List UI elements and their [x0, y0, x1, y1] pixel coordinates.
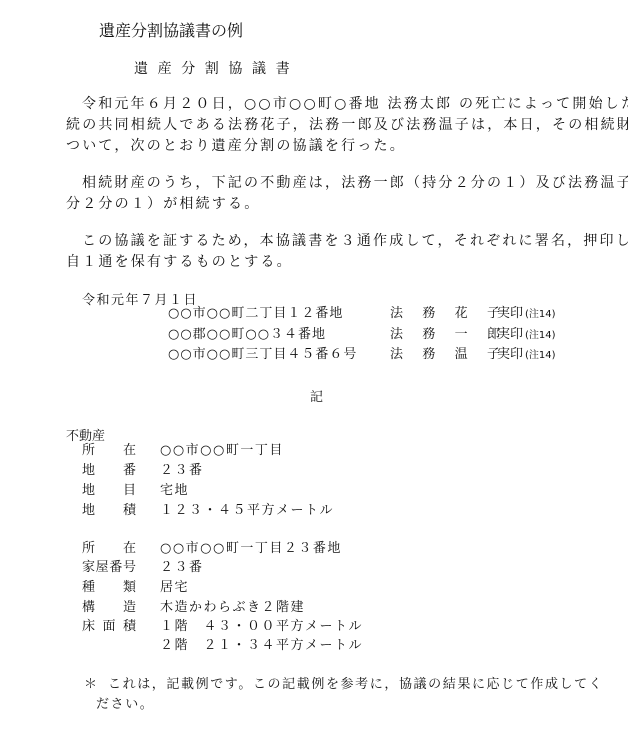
property-label: 地番 — [82, 461, 136, 481]
paragraph-line: この協議を証するため，本協議書を３通作成して，それぞれに署名，押印し，各 — [66, 231, 571, 252]
property-label: 床面積 — [82, 617, 136, 637]
property-label: 種類 — [82, 578, 136, 598]
name-char: 一 — [455, 325, 468, 345]
name-char: 務 — [422, 345, 435, 365]
property-label: 所在 — [82, 441, 136, 461]
property-value: １２３・４５平方メートル — [160, 501, 334, 521]
name-char: 法 — [390, 345, 403, 365]
paragraph-inheritance-terms: 相続財産のうち，下記の不動産は，法務一郎（持分２分の１）及び法務温子（持 分２分… — [66, 173, 571, 215]
name-char: 花 — [455, 304, 468, 324]
paragraph-line: 相続財産のうち，下記の不動産は，法務一郎（持分２分の１）及び法務温子（持 — [66, 173, 571, 194]
paragraph-attestation: この協議を証するため，本協議書を３通作成して，それぞれに署名，押印し，各 自１通… — [66, 231, 571, 273]
footnote: ＊これは，記載例です。この記載例を参考に，協議の結果に応じて作成してく ださい。 — [84, 675, 603, 715]
property-value: ２階 ２１・３４平方メートル — [160, 636, 363, 656]
signatory-address: ○○市○○町三丁目４５番６号 — [168, 345, 357, 365]
name-char: 務 — [422, 304, 435, 324]
property-label: 地積 — [82, 501, 136, 521]
document-heading: 遺産分割協議書の例 — [99, 18, 243, 41]
paragraph-line: 令和元年６月２０日，○○市○○町○番地 法務太郎 の死亡によって開始した相 — [66, 94, 571, 115]
ki-marker: 記 — [310, 386, 323, 405]
seal-note: (注14) — [525, 330, 556, 341]
name-char: 法 — [390, 304, 403, 324]
property-value: １階 ４３・００平方メートル — [160, 617, 363, 637]
property-value: ２３番 — [160, 558, 204, 578]
signatory-name: 法 務 温 子 — [390, 345, 500, 365]
paragraph-line: 続の共同相続人である法務花子，法務一郎及び法務温子は，本日，その相続財産に — [66, 115, 571, 136]
name-char: 温 — [455, 345, 468, 365]
signatory-address: ○○市○○町二丁目１２番地 — [168, 304, 343, 324]
paragraph-line: 自１通を保有するものとする。 — [66, 252, 571, 273]
seal-note: (注14) — [525, 309, 556, 320]
property-label: 地目 — [82, 481, 136, 501]
property-value: 居宅 — [160, 578, 189, 598]
seal-mark: 実印(注14) — [497, 345, 556, 366]
paragraph-agreement-intro: 令和元年６月２０日，○○市○○町○番地 法務太郎 の死亡によって開始した相 続の… — [66, 94, 571, 157]
property-label: 所在 — [82, 539, 136, 559]
property-label: 家屋番号 — [82, 558, 136, 578]
signatory-name: 法 務 一 郎 — [390, 325, 500, 345]
seal-label: 実印 — [497, 327, 523, 342]
seal-mark: 実印(注14) — [497, 304, 556, 325]
property-value: ２３番 — [160, 461, 204, 481]
name-char: 法 — [390, 325, 403, 345]
seal-label: 実印 — [497, 306, 523, 321]
asterisk-icon: ＊ — [84, 675, 108, 695]
property-value: ○○市○○町一丁目２３番地 — [160, 539, 342, 559]
footnote-line: ださい。 — [84, 695, 603, 715]
seal-note: (注14) — [525, 350, 556, 361]
seal-mark: 実印(注14) — [497, 325, 556, 346]
signatory-address: ○○郡○○町○○３４番地 — [168, 325, 326, 345]
name-char: 務 — [422, 325, 435, 345]
property-value: 宅地 — [160, 481, 189, 501]
property-label: 構造 — [82, 598, 136, 618]
seal-label: 実印 — [497, 347, 523, 362]
property-value: ○○市○○町一丁目 — [160, 441, 284, 461]
footnote-line: これは，記載例です。この記載例を参考に，協議の結果に応じて作成してく — [108, 677, 603, 692]
property-value: 木造かわらぶき２階建 — [160, 598, 305, 618]
paragraph-line: 分２分の１）が相続する。 — [66, 194, 571, 215]
signatory-name: 法 務 花 子 — [390, 304, 500, 324]
document-title: 遺産分割協議書 — [134, 58, 299, 78]
paragraph-line: ついて，次のとおり遺産分割の協議を行った。 — [66, 136, 571, 157]
